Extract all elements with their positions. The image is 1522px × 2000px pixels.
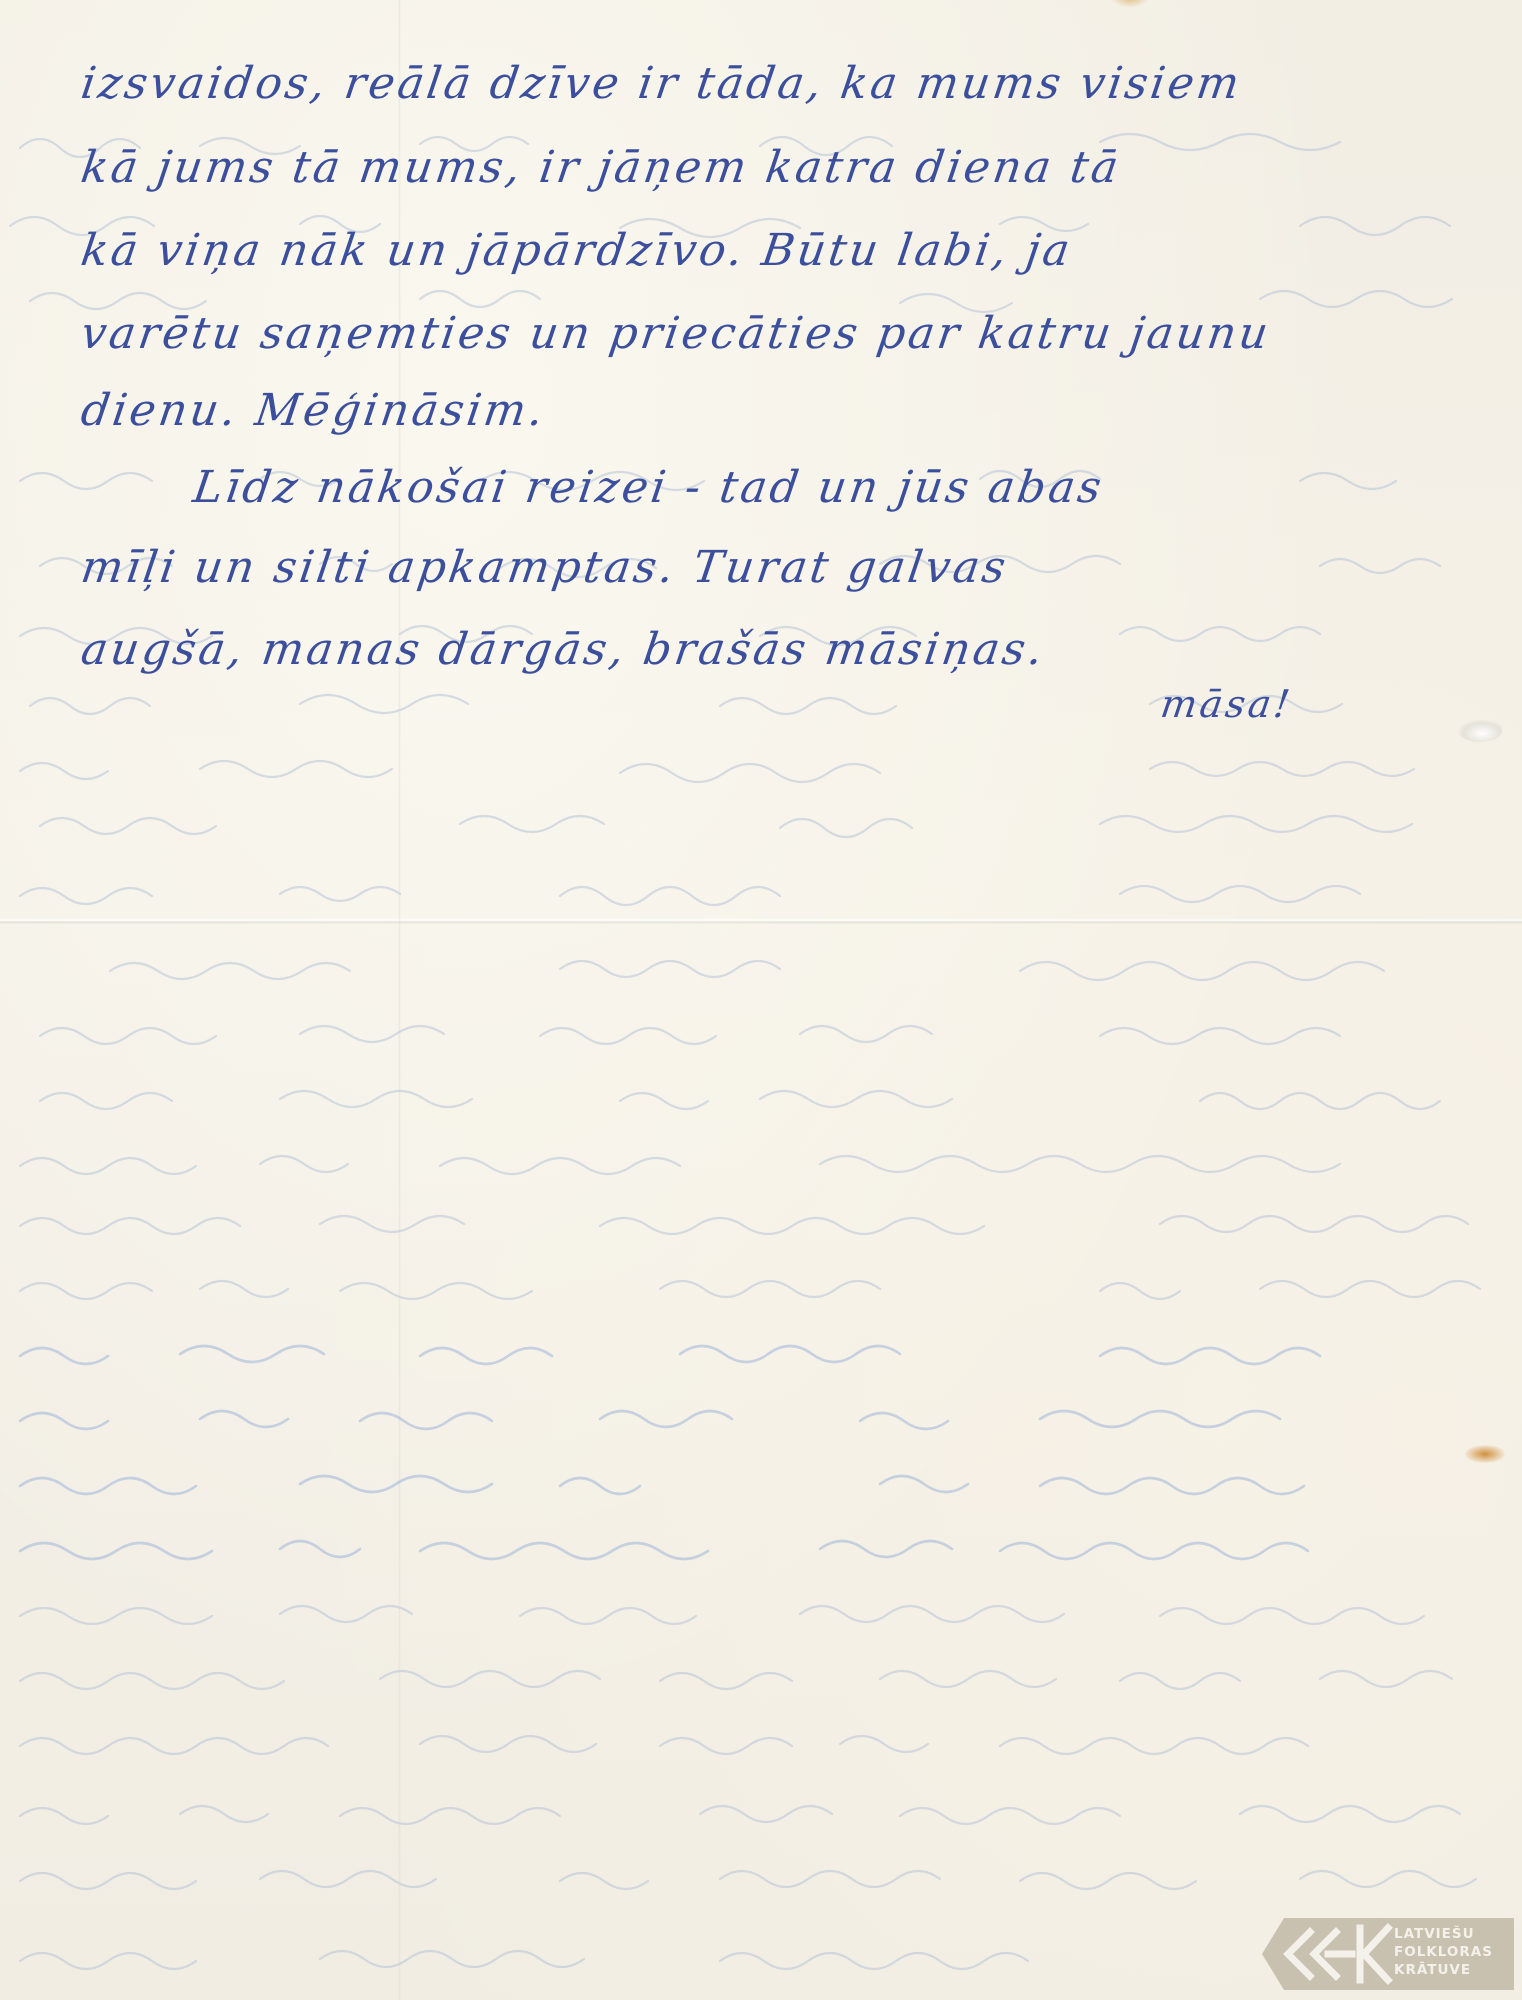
bleed-through-writing xyxy=(0,1140,1522,1180)
bleed-through-writing xyxy=(0,1655,1522,1695)
letter-line: kā jums tā mums, ir jāņem katra diena tā xyxy=(78,142,1124,193)
bleed-through-writing xyxy=(0,1330,1522,1370)
letter-line: izsvaidos, reālā dzīve ir tāda, ka mums … xyxy=(78,58,1245,109)
logo-line: LATVIEŠU xyxy=(1394,1925,1509,1943)
bleed-through-writing xyxy=(0,1790,1522,1830)
paper-tear xyxy=(1458,720,1502,742)
paper-fold-horizontal xyxy=(0,918,1522,924)
bleed-through-writing xyxy=(0,800,1522,840)
archive-logo: LATVIEŠU FOLKLORAS KRĀTUVE xyxy=(1262,1918,1514,1990)
paper-stain xyxy=(1110,0,1150,8)
letter-line: varētu saņemties un priecāties par katru… xyxy=(78,308,1274,359)
bleed-through-writing xyxy=(0,1590,1522,1630)
bleed-through-writing xyxy=(0,1200,1522,1240)
bleed-through-writing xyxy=(0,1265,1522,1305)
bleed-through-writing xyxy=(0,1855,1522,1895)
bleed-through-writing xyxy=(0,1525,1522,1565)
logo-line: FOLKLORAS xyxy=(1394,1943,1509,1961)
letter-line: augšā, manas dārgās, brašās māsiņas. xyxy=(78,624,1049,675)
letter-line: mīļi un silti apkamptas. Turat galvas xyxy=(78,542,1012,593)
letter-page: izsvaidos, reālā dzīve ir tāda, ka mums … xyxy=(0,0,1522,2000)
letter-line: Līdz nākošai reizei - tad un jūs abas xyxy=(190,462,1107,513)
bleed-through-writing xyxy=(0,945,1522,985)
bleed-through-writing xyxy=(0,745,1522,785)
bleed-through-writing xyxy=(0,1010,1522,1050)
letter-line: dienu. Mēģināsim. xyxy=(78,385,549,436)
bleed-through-writing xyxy=(0,1395,1522,1435)
bleed-through-writing xyxy=(0,870,1522,910)
letter-line: kā viņa nāk un jāpārdzīvo. Būtu labi, ja xyxy=(78,225,1076,276)
bleed-through-writing xyxy=(0,1720,1522,1760)
letter-signature: māsa! xyxy=(1158,682,1295,726)
bleed-through-writing xyxy=(0,1075,1522,1115)
logo-line: KRĀTUVE xyxy=(1394,1961,1509,1979)
bleed-through-writing xyxy=(0,1460,1522,1500)
logo-wordmark: LATVIEŠU FOLKLORAS KRĀTUVE xyxy=(1394,1925,1509,1979)
paper-stain xyxy=(1465,1445,1505,1463)
